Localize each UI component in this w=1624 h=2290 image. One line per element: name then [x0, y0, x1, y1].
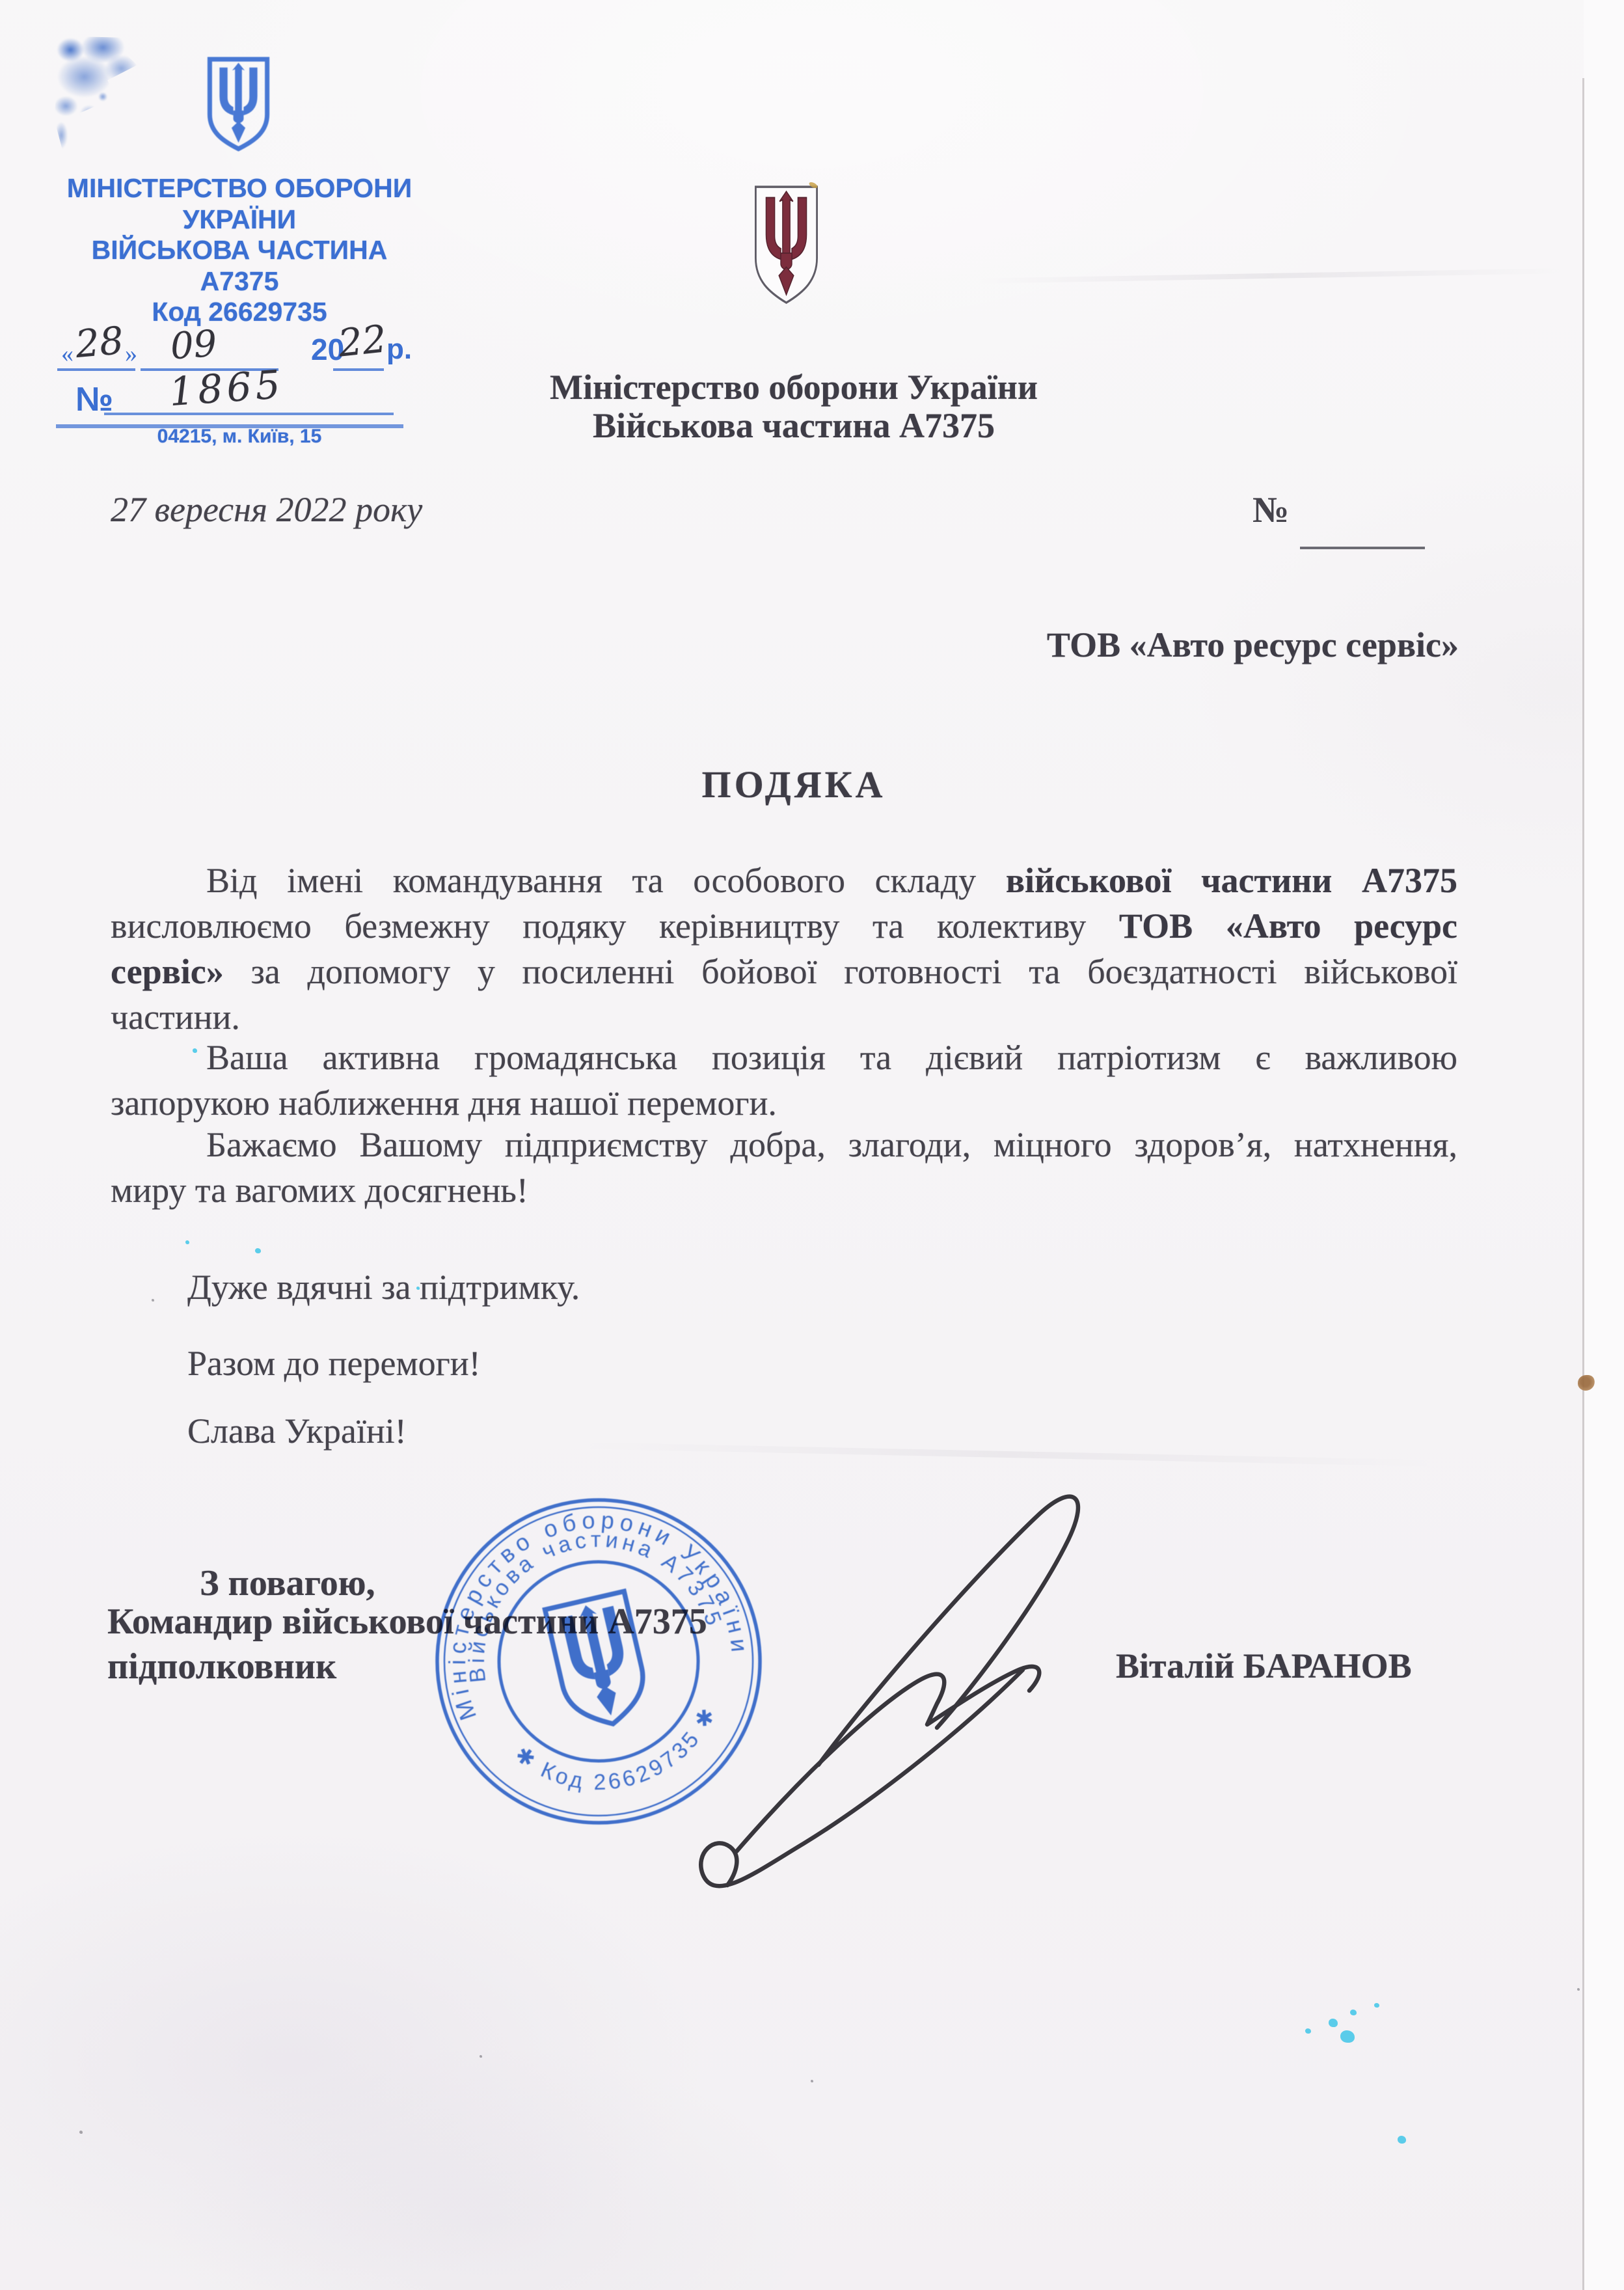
body-line: Ваша активна громадянська позиція та діє…	[111, 1035, 1457, 1080]
closing-line: Дуже вдячні за підтримку.	[187, 1264, 580, 1310]
dust-speck	[480, 2055, 482, 2058]
corner-stamp-text: МІНІСТЕРСТВО ОБОРОНИ УКРАЇНИ ВІЙСЬКОВА Ч…	[38, 173, 441, 328]
ink-speck	[185, 1240, 189, 1244]
stamp-rule	[104, 413, 394, 415]
ink-speck	[416, 1287, 420, 1290]
paper-crease	[586, 1442, 1431, 1466]
dust-speck	[152, 1299, 154, 1302]
signer-name: Віталій БАРАНОВ	[1116, 1643, 1412, 1689]
org-header: Міністерство оборони України Військова ч…	[501, 368, 1087, 445]
year-label: р.	[386, 333, 412, 366]
number-blank-line	[1300, 547, 1425, 549]
body-line: запорукою наближення дня нашої перемоги.	[111, 1080, 1457, 1126]
coat-of-arms-emblem	[750, 181, 823, 307]
handwritten-month: 09	[169, 323, 219, 368]
dust-speck	[811, 2080, 813, 2082]
handwritten-day: 28	[74, 318, 125, 366]
dust-speck	[1577, 1988, 1580, 1991]
document-title: ПОДЯКА	[501, 763, 1087, 806]
org-header-line1: Міністерство оборони України	[501, 368, 1087, 407]
handwritten-year: 22	[336, 316, 389, 365]
date-underline	[57, 368, 135, 371]
ink-speck	[1329, 2019, 1338, 2027]
ink-speck	[1398, 2136, 1406, 2144]
ink-blob	[52, 36, 144, 153]
stamp-line: УКРАЇНИ	[38, 204, 441, 236]
body-line: миру та вагомих досягнень!	[111, 1167, 1457, 1213]
body-line: Від імені командування та особового скла…	[111, 858, 1457, 903]
recipient: ТОВ «Авто ресурс сервіс»	[911, 625, 1459, 665]
paragraph-3: Бажаємо Вашому підприємству добра, злаго…	[111, 1122, 1457, 1213]
body-line: частини.	[111, 994, 1457, 1040]
body-line: сервіс» за допомогу у посиленні бойової …	[111, 949, 1457, 994]
paper-edge-line	[1582, 78, 1584, 2290]
ink-speck	[255, 1248, 261, 1253]
handwritten-number: 1865	[168, 362, 286, 415]
paragraph-2: Ваша активна громадянська позиція та діє…	[111, 1035, 1457, 1126]
paragraph-1: Від імені командування та особового скла…	[111, 858, 1457, 1040]
ink-speck	[1305, 2028, 1311, 2034]
ink-speck	[1350, 2010, 1357, 2015]
quote-open: «	[61, 340, 74, 368]
body-line: висловлюємо безмежну подяку керівництву …	[111, 903, 1457, 949]
ink-speck	[1374, 2003, 1379, 2008]
body-line: Бажаємо Вашому підприємству добра, злаго…	[111, 1122, 1457, 1167]
handwritten-signature	[651, 1464, 1145, 1933]
dust-speck	[79, 2131, 83, 2134]
corner-stamp: МІНІСТЕРСТВО ОБОРОНИ УКРАЇНИ ВІЙСЬКОВА Ч…	[38, 26, 441, 469]
stamp-line: А7375	[38, 266, 441, 297]
scanned-letter-page: МІНІСТЕРСТВО ОБОРОНИ УКРАЇНИ ВІЙСЬКОВА Ч…	[0, 0, 1624, 2290]
org-header-line2: Військова частина А7375	[501, 407, 1087, 445]
date-underline	[333, 368, 384, 371]
number-label: №	[1252, 489, 1289, 531]
paper-crease	[976, 268, 1562, 284]
ink-speck	[193, 1048, 197, 1053]
signer-position-line2: підполковник	[107, 1644, 336, 1689]
stamp-line: МІНІСТЕРСТВО ОБОРОНИ	[38, 173, 441, 204]
stamp-address: 04215, м. Київ, 15	[38, 426, 441, 448]
document-date: 27 вересня 2022 року	[111, 489, 422, 530]
trident-shield-icon	[204, 55, 273, 152]
stamp-line: ВІЙСЬКОВА ЧАСТИНА	[38, 235, 441, 266]
ink-speck	[1340, 2030, 1355, 2043]
scan-edge-strip	[1584, 0, 1624, 2290]
quote-close: »	[125, 340, 137, 368]
closing-line: Разом до перемоги!	[187, 1341, 481, 1386]
stamp-trident-shield-icon	[545, 1591, 653, 1733]
closing-line: Слава Україні!	[187, 1408, 407, 1454]
